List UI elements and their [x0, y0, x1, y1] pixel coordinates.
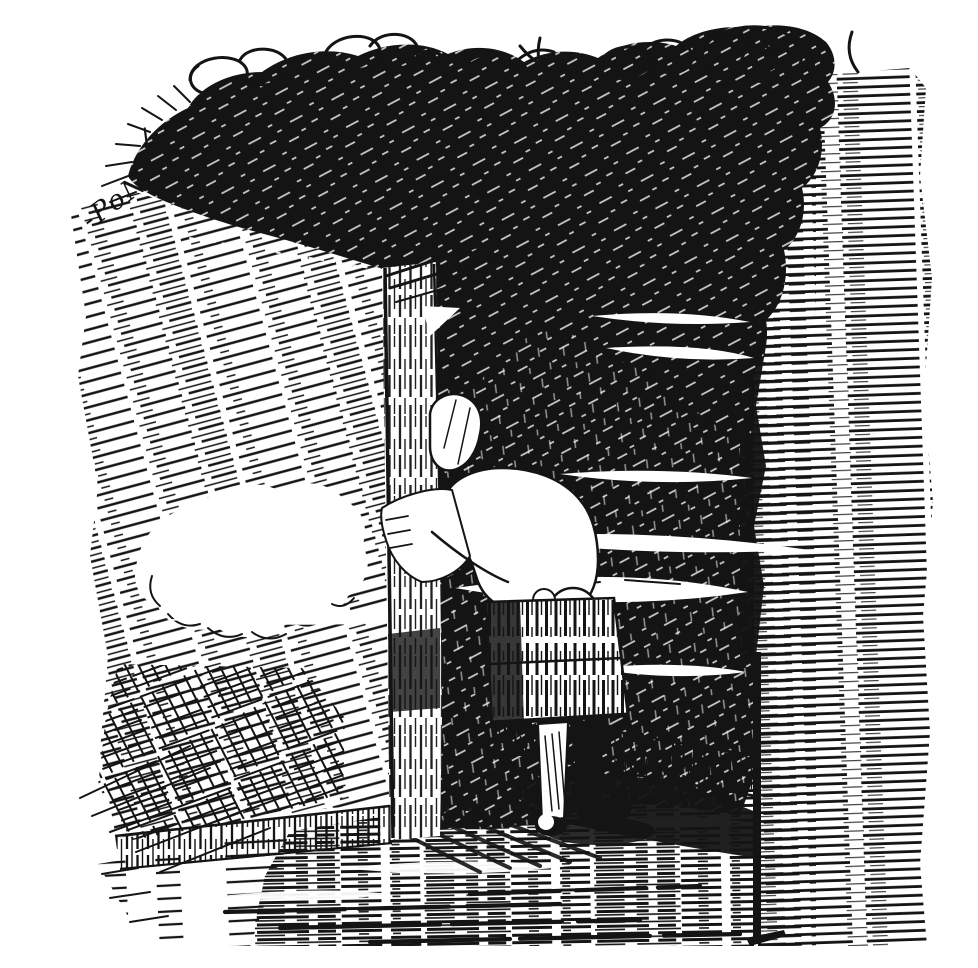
etching-canvas: -PoN: [40, 16, 978, 952]
illustration: -PoN: [40, 16, 978, 952]
heel-highlight: [538, 814, 554, 830]
